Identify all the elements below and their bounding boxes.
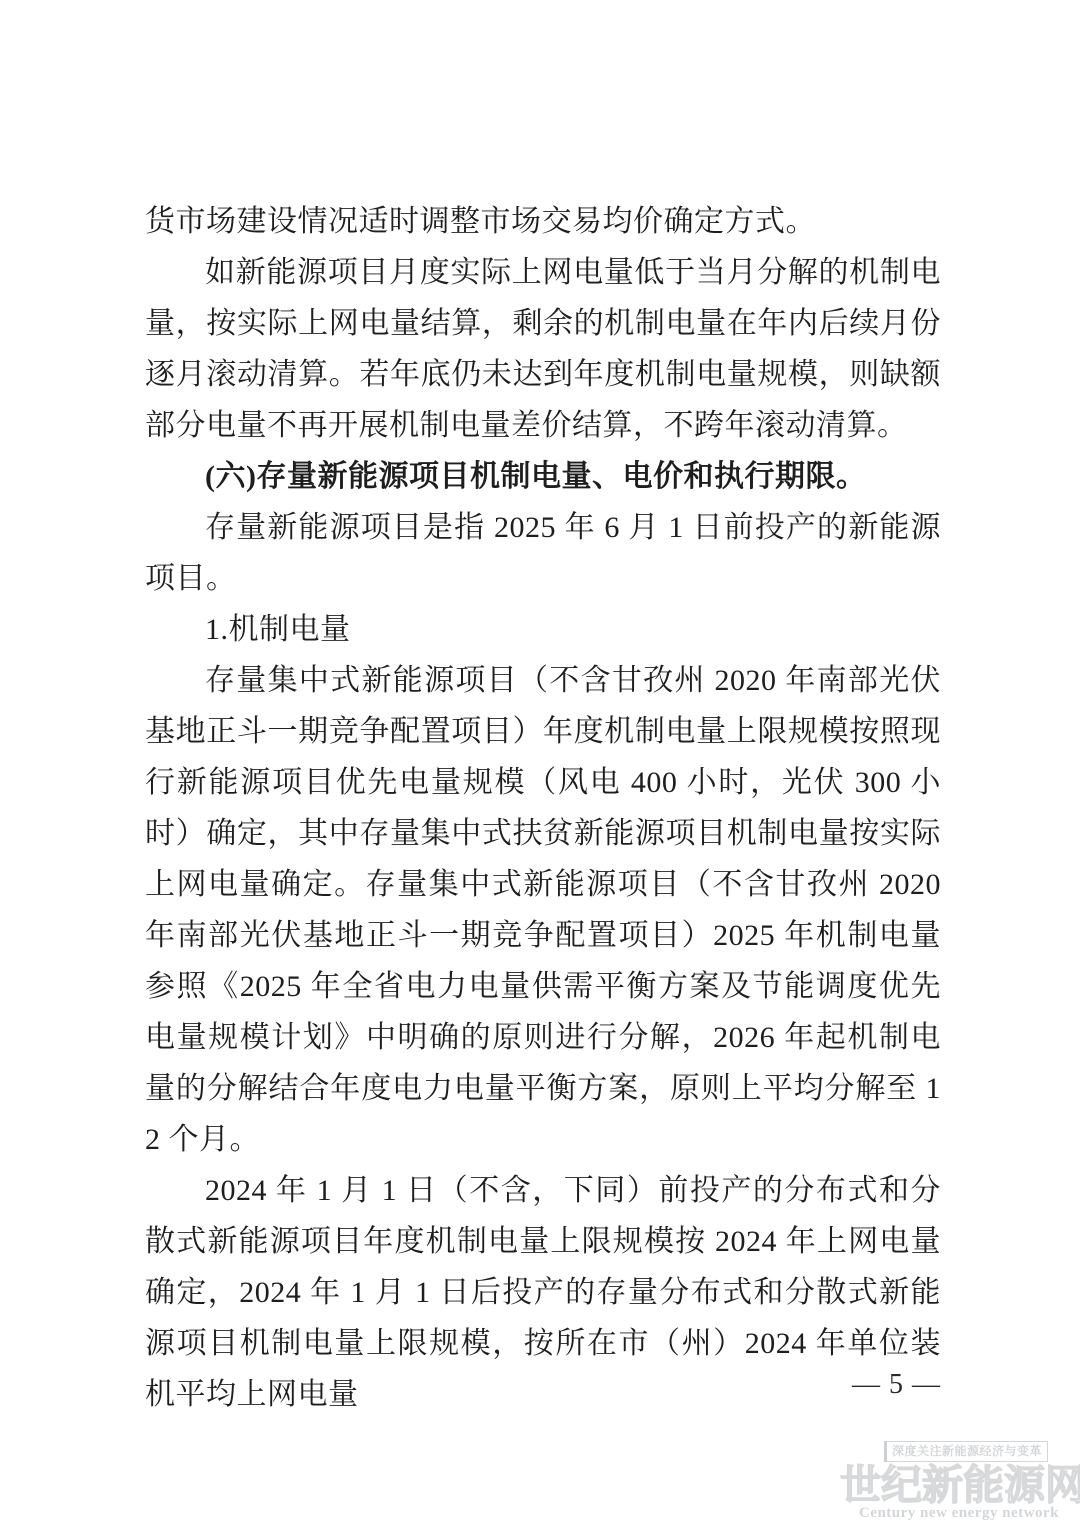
watermark: 深度关注新能源经济与变革 世纪新能源网 Century new energy n… [840,1441,1078,1522]
paragraph-monthly-settlement: 如新能源项目月度实际上网电量低于当月分解的机制电量，按实际上网电量结算，剩余的机… [145,247,941,451]
watermark-slogan-badge: 深度关注新能源经济与变革 [884,1441,1048,1462]
paragraph-centralized-projects: 存量集中式新能源项目（不含甘孜州 2020 年南部光伏基地正斗一期竞争配置项目）… [145,655,941,1165]
document-page: 货市场建设情况适时调整市场交易均价确定方式。 如新能源项目月度实际上网电量低于当… [0,0,1080,1527]
subsection-heading-mechanism-volume: 1.机制电量 [145,604,941,655]
watermark-subtitle: Century new energy network [840,1505,1078,1522]
page-number: — 5 — [700,1368,941,1402]
section-heading-six: (六)存量新能源项目机制电量、电价和执行期限。 [145,451,941,502]
document-body: 货市场建设情况适时调整市场交易均价确定方式。 如新能源项目月度实际上网电量低于当… [145,196,941,1420]
paragraph-stock-project-definition: 存量新能源项目是指 2025 年 6 月 1 日前投产的新能源项目。 [145,502,941,604]
paragraph-continuation: 货市场建设情况适时调整市场交易均价确定方式。 [145,196,941,247]
watermark-title: 世纪新能源网 [840,1463,1078,1507]
